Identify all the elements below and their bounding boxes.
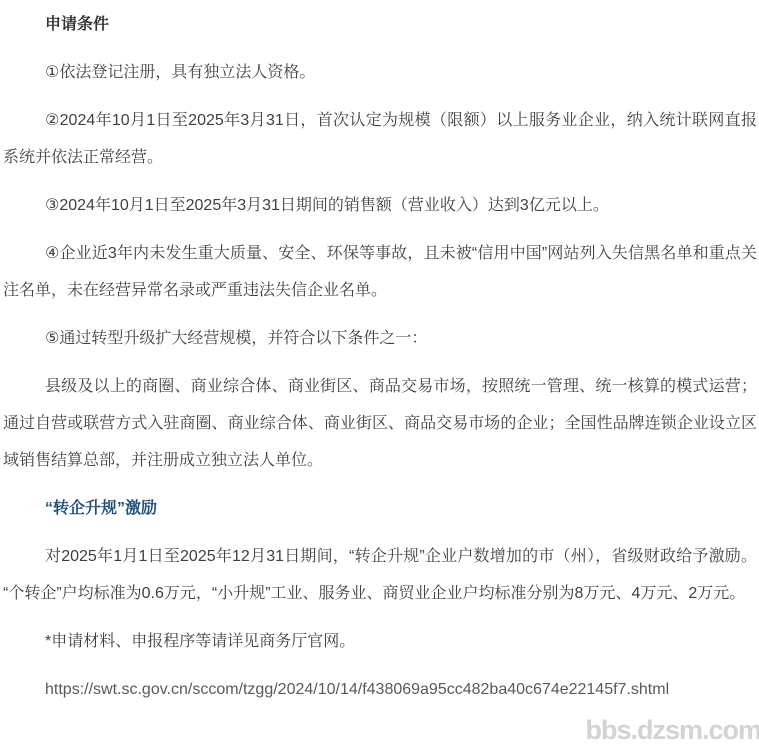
- paragraph-condition-3: ③2024年10月1日至2025年3月31日期间的销售额（营业收入）达到3亿元以…: [3, 187, 757, 224]
- source-url: https://swt.sc.gov.cn/sccom/tzgg/2024/10…: [3, 671, 757, 708]
- paragraph-incentive-detail: 对2025年1月1日至2025年12月31日期间，“转企升规”企业户数增加的市（…: [3, 538, 757, 612]
- paragraph-condition-4: ④企业近3年内未发生重大质量、安全、环保等事故，且未被“信用中国”网站列入失信黑…: [3, 235, 757, 309]
- paragraph-materials-note: *申请材料、申报程序等请详见商务厅官网。: [3, 623, 757, 660]
- section-heading-incentive: “转企升规”激励: [3, 490, 757, 527]
- section-heading-application-conditions: 申请条件: [3, 6, 757, 43]
- document-page: 申请条件 ①依法登记注册，具有独立法人资格。 ②2024年10月1日至2025年…: [0, 0, 759, 745]
- paragraph-condition-5-detail: 县级及以上的商圈、商业综合体、商业街区、商品交易市场，按照统一管理、统一核算的模…: [3, 368, 757, 479]
- paragraph-condition-2: ②2024年10月1日至2025年3月31日，首次认定为规模（限额）以上服务业企…: [3, 102, 757, 176]
- watermark: bbs.dzsm.com: [585, 715, 759, 745]
- paragraph-condition-1: ①依法登记注册，具有独立法人资格。: [3, 54, 757, 91]
- paragraph-condition-5: ⑤通过转型升级扩大经营规模，并符合以下条件之一：: [3, 320, 757, 357]
